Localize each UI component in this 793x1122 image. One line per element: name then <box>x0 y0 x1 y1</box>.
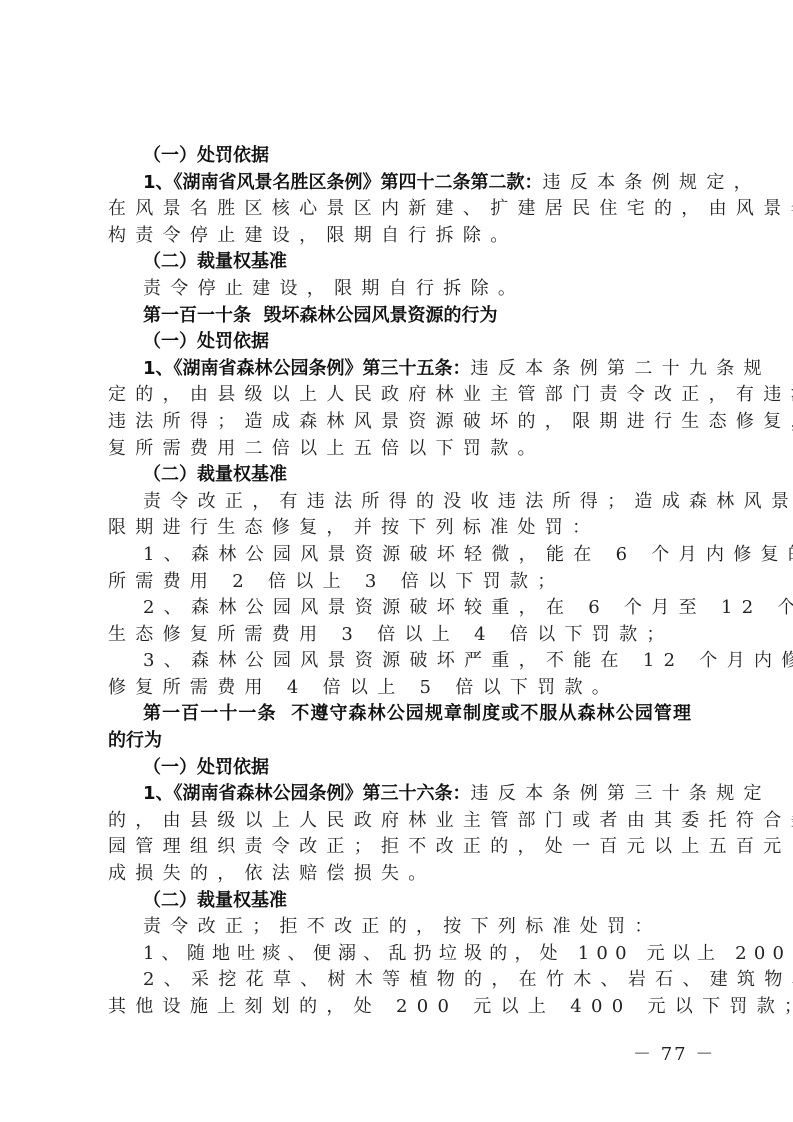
paragraph-line: 责令改正，有违法所得的没收违法所得；造成森林风景资源破坏的， <box>108 489 691 516</box>
paragraph-line: 1、森林公园风景资源破坏轻微，能在 6 个月内修复的，处生态修复 <box>108 542 691 569</box>
subheading-text: （二）裁量权基准 <box>143 890 287 911</box>
penalty-tier-1: 1、森林公园风景资源破坏轻微，能在 6 个月内修复的，处生态修复 所需费用 2 … <box>108 542 691 595</box>
document-page: （一）处罚依据 1、《湖南省风景名胜区条例》第四十二条第二款：违反本条例规定， … <box>108 143 691 1021</box>
provision-citation: 1、《湖南省风景名胜区条例》第四十二条第二款： <box>143 172 543 193</box>
paragraph-text: 1、随地吐痰、便溺、乱扔垃圾的，处 100 元以上 200 元以下罚款； <box>143 943 793 964</box>
heading-line: 的行为 <box>108 728 691 755</box>
article-heading-111: 第一百一十一条 不遵守森林公园规章制度或不服从森林公园管理 的行为 <box>108 701 691 754</box>
paragraph-line: 责令停止建设，限期自行拆除。 <box>108 276 691 303</box>
paragraph-line: 在风景名胜区核心景区内新建、扩建居民住宅的，由风景名胜区管理机 <box>108 196 691 223</box>
provision-text: 复所需费用二倍以上五倍以下罚款。 <box>108 438 545 459</box>
paragraph-line: 其他设施上刻划的，处 200 元以上 400 元以下罚款； <box>108 994 691 1021</box>
provision-text: 违反本条例规定， <box>543 172 761 193</box>
section-subheading-penalty-basis: （一）处罚依据 <box>108 143 691 170</box>
article-heading-110: 第一百一十条 毁坏森林公园风景资源的行为 <box>108 303 691 330</box>
legal-provision-paragraph: 1、《湖南省森林公园条例》第三十六条：违反本条例第三十条规定 的，由县级以上人民… <box>108 781 691 887</box>
section-subheading-penalty-basis: （一）处罚依据 <box>108 329 691 356</box>
penalty-tier-2: 2、森林公园风景资源破坏较重，在 6 个月至 12 个月内修复的，处 生态修复所… <box>108 595 691 648</box>
discretion-paragraph: 责令改正，有违法所得的没收违法所得；造成森林风景资源破坏的， 限期进行生态修复，… <box>108 489 691 542</box>
penalty-item-2: 2、采挖花草、树木等植物的，在竹木、岩石、建筑物、构筑物以及 其他设施上刻划的，… <box>108 967 691 1020</box>
paragraph-text: 生态修复所需费用 3 倍以上 4 倍以下罚款； <box>108 624 674 645</box>
paragraph-line: 1、随地吐痰、便溺、乱扔垃圾的，处 100 元以上 200 元以下罚款； <box>108 941 691 968</box>
subheading-text: （一）处罚依据 <box>143 757 269 778</box>
provision-text: 的，由县级以上人民政府林业主管部门或者由其委托符合条件的森林公 <box>108 810 793 831</box>
paragraph-line: 生态修复所需费用 3 倍以上 4 倍以下罚款； <box>108 622 691 649</box>
subheading-text: （一）处罚依据 <box>143 331 269 352</box>
section-subheading-discretion-standard: （二）裁量权基准 <box>108 462 691 489</box>
paragraph-text: 3、森林公园风景资源破坏严重，不能在 12 个月内修复的，处生态 <box>143 650 793 671</box>
paragraph-line: 复所需费用二倍以上五倍以下罚款。 <box>108 436 691 463</box>
paragraph-text: 2、采挖花草、树木等植物的，在竹木、岩石、建筑物、构筑物以及 <box>143 969 793 990</box>
article-heading-text: 第一百一十一条 不遵守森林公园规章制度或不服从森林公园管理 <box>143 703 691 724</box>
paragraph-line: 园管理组织责令改正；拒不改正的，处一百元以上五百元以下罚款；造 <box>108 834 691 861</box>
provision-citation: 1、《湖南省森林公园条例》第三十六条： <box>143 783 471 804</box>
paragraph-text: 其他设施上刻划的，处 200 元以上 400 元以下罚款； <box>108 996 793 1017</box>
subheading-text: （一）处罚依据 <box>143 145 269 166</box>
section-subheading-discretion-standard: （二）裁量权基准 <box>108 888 691 915</box>
provision-text: 在风景名胜区核心景区内新建、扩建居民住宅的，由风景名胜区管理机 <box>108 198 793 219</box>
section-subheading-discretion-standard: （二）裁量权基准 <box>108 249 691 276</box>
paragraph-text: 2、森林公园风景资源破坏较重，在 6 个月至 12 个月内修复的，处 <box>143 597 793 618</box>
paragraph-line: 2、采挖花草、树木等植物的，在竹木、岩石、建筑物、构筑物以及 <box>108 967 691 994</box>
paragraph-line: 修复所需费用 4 倍以上 5 倍以下罚款。 <box>108 675 691 702</box>
paragraph-line: 1、《湖南省森林公园条例》第三十五条：违反本条例第二十九条规 <box>108 356 691 383</box>
paragraph-line: 构责令停止建设，限期自行拆除。 <box>108 223 691 250</box>
subheading-text: （二）裁量权基准 <box>143 464 287 485</box>
paragraph-line: 3、森林公园风景资源破坏严重，不能在 12 个月内修复的，处生态 <box>108 648 691 675</box>
paragraph-line: 成损失的，依法赔偿损失。 <box>108 861 691 888</box>
article-heading-text: 第一百一十条 毁坏森林公园风景资源的行为 <box>143 305 498 326</box>
article-heading-text: 的行为 <box>108 730 162 751</box>
paragraph-line: 1、《湖南省森林公园条例》第三十六条：违反本条例第三十条规定 <box>108 781 691 808</box>
penalty-tier-3: 3、森林公园风景资源破坏严重，不能在 12 个月内修复的，处生态 修复所需费用 … <box>108 648 691 701</box>
paragraph-line: 1、《湖南省风景名胜区条例》第四十二条第二款：违反本条例规定， <box>108 170 691 197</box>
paragraph-text: 责令改正；拒不改正的，按下列标准处罚： <box>143 916 662 937</box>
provision-text: 园管理组织责令改正；拒不改正的，处一百元以上五百元以下罚款；造 <box>108 836 793 857</box>
discretion-paragraph: 责令停止建设，限期自行拆除。 <box>108 276 691 303</box>
paragraph-line: 定的，由县级以上人民政府林业主管部门责令改正，有违法所得的没收 <box>108 382 691 409</box>
heading-line: 第一百一十一条 不遵守森林公园规章制度或不服从森林公园管理 <box>108 701 691 728</box>
provision-text: 定的，由县级以上人民政府林业主管部门责令改正，有违法所得的没收 <box>108 384 793 405</box>
discretion-paragraph: 责令改正；拒不改正的，按下列标准处罚： <box>108 914 691 941</box>
provision-text: 构责令停止建设，限期自行拆除。 <box>108 225 518 246</box>
legal-provision-paragraph: 1、《湖南省风景名胜区条例》第四十二条第二款：违反本条例规定， 在风景名胜区核心… <box>108 170 691 250</box>
legal-provision-paragraph: 1、《湖南省森林公园条例》第三十五条：违反本条例第二十九条规 定的，由县级以上人… <box>108 356 691 462</box>
section-subheading-penalty-basis: （一）处罚依据 <box>108 755 691 782</box>
provision-citation: 1、《湖南省森林公园条例》第三十五条： <box>143 358 471 379</box>
provision-text: 违法所得；造成森林风景资源破坏的，限期进行生态修复，并处生态修 <box>108 411 793 432</box>
page-number: － 77 － <box>633 1040 715 1066</box>
paragraph-text: 1、森林公园风景资源破坏轻微，能在 6 个月内修复的，处生态修复 <box>143 544 793 565</box>
provision-text: 成损失的，依法赔偿损失。 <box>108 863 436 884</box>
provision-text: 违反本条例第二十九条规 <box>471 358 771 379</box>
provision-text: 违反本条例第三十条规定 <box>471 783 771 804</box>
paragraph-text: 所需费用 2 倍以上 3 倍以下罚款； <box>108 571 565 592</box>
paragraph-text: 限期进行生态修复，并按下列标准处罚： <box>108 517 599 538</box>
paragraph-line: 2、森林公园风景资源破坏较重，在 6 个月至 12 个月内修复的，处 <box>108 595 691 622</box>
paragraph-line: 限期进行生态修复，并按下列标准处罚： <box>108 515 691 542</box>
paragraph-text: 责令停止建设，限期自行拆除。 <box>143 278 525 299</box>
penalty-item-1: 1、随地吐痰、便溺、乱扔垃圾的，处 100 元以上 200 元以下罚款； <box>108 941 691 968</box>
paragraph-line: 责令改正；拒不改正的，按下列标准处罚： <box>108 914 691 941</box>
subheading-text: （二）裁量权基准 <box>143 251 287 272</box>
paragraph-line: 违法所得；造成森林风景资源破坏的，限期进行生态修复，并处生态修 <box>108 409 691 436</box>
paragraph-line: 所需费用 2 倍以上 3 倍以下罚款； <box>108 569 691 596</box>
paragraph-line: 的，由县级以上人民政府林业主管部门或者由其委托符合条件的森林公 <box>108 808 691 835</box>
paragraph-text: 责令改正，有违法所得的没收违法所得；造成森林风景资源破坏的， <box>143 491 793 512</box>
paragraph-text: 修复所需费用 4 倍以上 5 倍以下罚款。 <box>108 677 619 698</box>
